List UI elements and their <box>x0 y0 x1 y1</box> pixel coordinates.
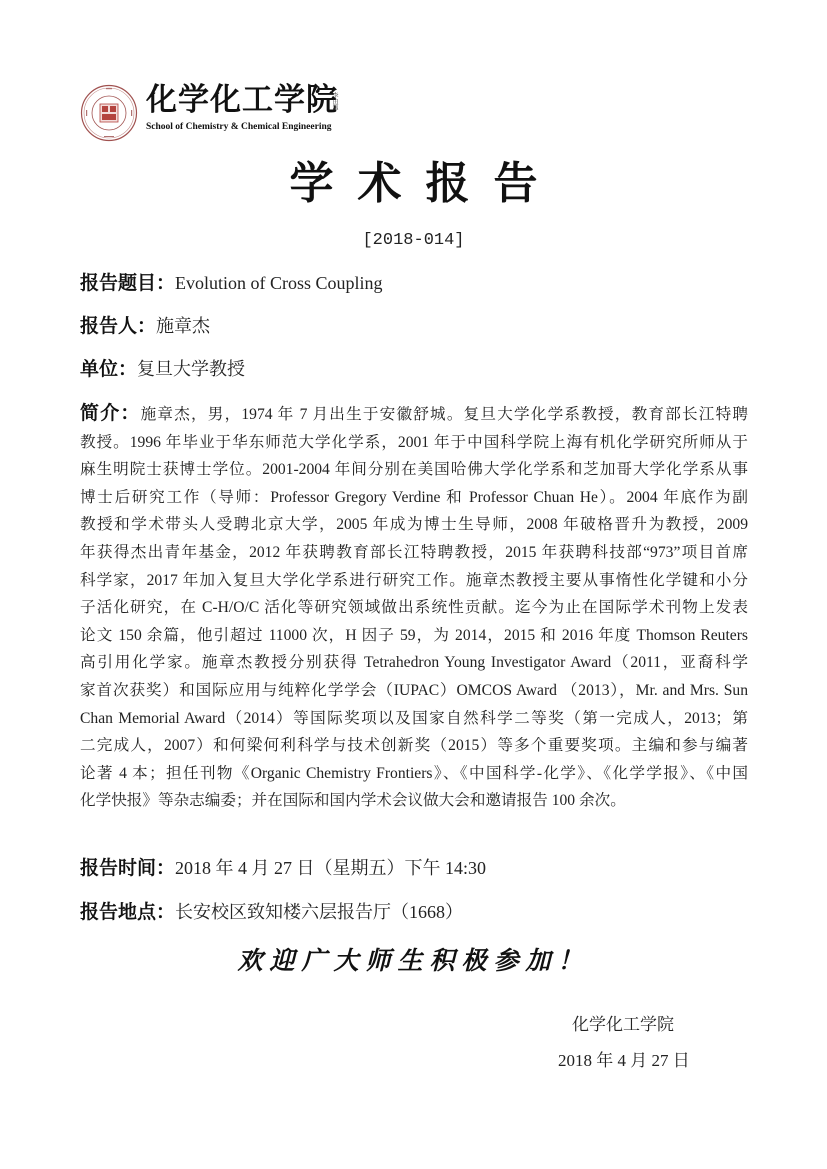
signature-organization: 化学化工学院 <box>572 1010 674 1035</box>
school-name-cn: 化学化工学院 <box>146 82 338 118</box>
bio-line: 麻生明院士获博士学位。2001-2004 年间分别在美国哈佛大学化学系和芝加哥大… <box>80 456 748 484</box>
bio-line: 二完成人，2007）和何梁何利科学与技术创新奖（2015）等多个重要奖项。主编和… <box>80 732 748 760</box>
bio-label: 简介： <box>80 402 141 424</box>
bio-line: 教授。1996 年毕业于华东师范大学化学系，2001 年于中国科学院上海有机化学… <box>80 429 748 457</box>
topic-label: 报告题目： <box>80 272 175 294</box>
time-value: 2018 年 4 月 27 日（星期五）下午 14:30 <box>175 858 486 878</box>
topic-field: 报告题目：Evolution of Cross Coupling <box>80 271 383 295</box>
bio-line: Chan Memorial Award（2014）等国际奖项以及国家自然科学二等… <box>80 705 748 733</box>
location-field: 报告地点：长安校区致知楼六层报告厅（1668） <box>80 900 463 924</box>
calligraphy-signature: 李由题 <box>330 92 337 110</box>
speaker-field: 报告人：施章杰 <box>80 314 210 338</box>
affiliation-label: 单位： <box>80 358 137 380</box>
welcome-message: 欢迎广大师生积极参加！ <box>0 941 827 977</box>
bio-line: 简介：施章杰，男，1974 年 7 月出生于安徽舒城。复旦大学化学系教授，教育部… <box>80 400 748 429</box>
topic-value: Evolution of Cross Coupling <box>175 273 383 293</box>
bio-line: 子活化研究，在 C-H/O/C 活化等研究领域做出系统性贡献。迄今为止在国际学术… <box>80 594 748 622</box>
document-number: [2018-014] <box>0 231 827 250</box>
speaker-value: 施章杰 <box>156 316 210 336</box>
affiliation-field: 单位：复旦大学教授 <box>80 357 245 381</box>
time-label: 报告时间： <box>80 857 175 879</box>
page-title: 学术报告 <box>0 156 827 212</box>
speaker-bio: 简介：施章杰，男，1974 年 7 月出生于安徽舒城。复旦大学化学系教授，教育部… <box>80 400 748 815</box>
bio-line: 年获得杰出青年基金，2012 年获聘教育部长江特聘教授，2015 年获聘科技部“… <box>80 539 748 567</box>
bio-line: 论著 4 本；担任刊物《Organic Chemistry Frontiers》… <box>80 760 748 788</box>
location-value: 长安校区致知楼六层报告厅（1668） <box>175 902 463 922</box>
location-label: 报告地点： <box>80 901 175 923</box>
time-field: 报告时间：2018 年 4 月 27 日（星期五）下午 14:30 <box>80 856 486 880</box>
speaker-label: 报告人： <box>80 315 156 337</box>
bio-line: 博士后研究工作（导师：Professor Gregory Verdine 和 P… <box>80 484 748 512</box>
bio-line: 论文 150 余篇，他引超过 11000 次，H 因子 59，为 2014，20… <box>80 622 748 650</box>
school-name-en: School of Chemistry & Chemical Engineeri… <box>146 122 332 132</box>
bio-line: 化学快报》等杂志编委；并在国际和国内学术会议做大会和邀请报告 100 余次。 <box>80 787 748 815</box>
bio-line: 教授和学术带头人受聘北京大学，2005 年成为博士生导师，2008 年破格晋升为… <box>80 511 748 539</box>
bio-line: 家首次获奖）和国际应用与纯粹化学学会（IUPAC）OMCOS Award （20… <box>80 677 748 705</box>
affiliation-value: 复旦大学教授 <box>137 359 245 379</box>
bio-line: 科学家，2017 年加入复旦大学化学系进行研究工作。施章杰教授主要从事惰性化学键… <box>80 567 748 595</box>
school-seal-logo <box>80 84 138 142</box>
signature-date: 2018 年 4 月 27 日 <box>558 1046 690 1071</box>
bio-line: 高引用化学家。施章杰教授分别获得 Tetrahedron Young Inves… <box>80 649 748 677</box>
